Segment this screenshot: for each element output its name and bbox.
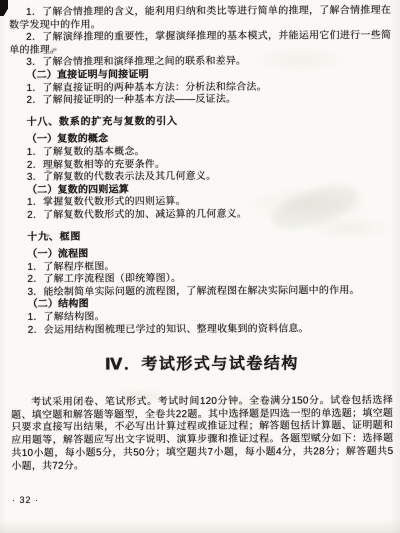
chapter-title: Ⅳ．考试形式与试卷结构 (11, 358, 393, 373)
page-number: · 32 · (12, 495, 39, 505)
outline-item: 2．了解复数代数形式的加、减运算的几何意义。 (10, 208, 392, 223)
scan-corner-artifact (0, 0, 8, 16)
exam-format-paragraph: 考试采用闭卷、笔试形式。考试时间120分钟。全卷满分150分。试卷包括选择题、填… (11, 395, 393, 474)
outline-item: 3．能绘制简单实际问题的流程图，了解流程图在解决实际问题中的作用。 (10, 285, 392, 300)
outline-item: 2．了解间接证明的一种基本方法——反证法。 (9, 93, 391, 108)
scanned-document-page: 1．了解合情推理的含义，能利用归纳和类比等进行简单的推理，了解合情推理在数学发现… (0, 0, 400, 533)
outline-item: 2．会运用结构图梳理已学过的知识、整理收集到的资料信息。 (11, 323, 393, 338)
document-content: 1．了解合情推理的含义，能利用归纳和类比等进行简单的推理，了解合情推理在数学发现… (9, 5, 393, 474)
outline-item: 2．了解演绎推理的重要性，掌握演绎推理的基本模式，并能运用它们进行一些简单的推理… (9, 30, 391, 57)
section-heading: 十九、框图 (10, 229, 392, 244)
outline-item: 1．了解合情推理的含义，能利用归纳和类比等进行简单的推理，了解合情推理在数学发现… (9, 5, 391, 32)
section-heading: 十八、数系的扩充与复数的引入 (10, 115, 392, 130)
